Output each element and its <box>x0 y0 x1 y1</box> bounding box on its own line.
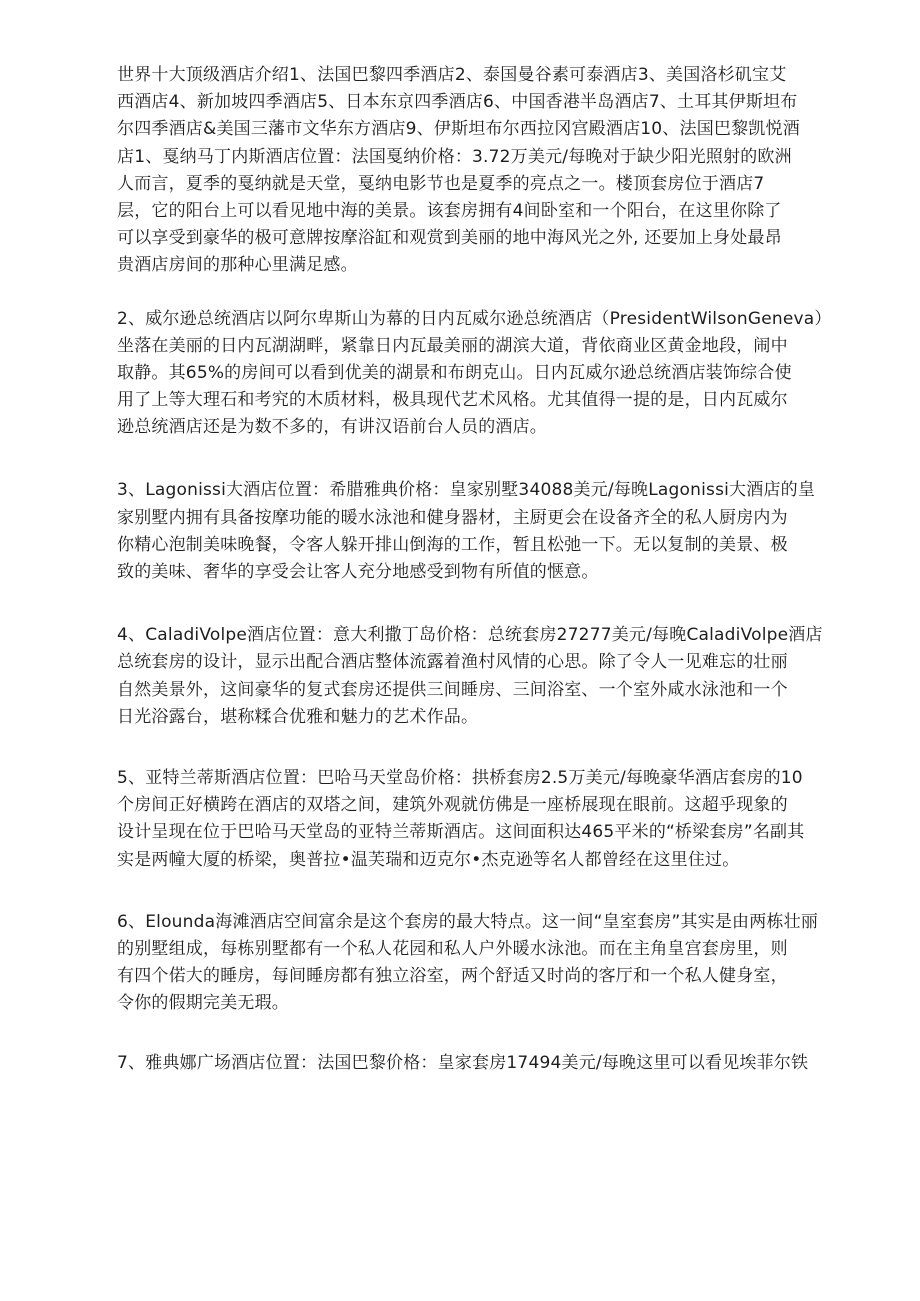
text-line: 3、Lagonissi大酒店位置：希腊雅典价格：皇家别墅34088美元/每晚La… <box>117 477 807 504</box>
text-line: 坐落在美丽的日内瓦湖湖畔，紧靠日内瓦最美丽的湖滨大道，背依商业区黄金地段，闹中 <box>117 333 807 360</box>
paragraph-spacer <box>117 1017 807 1050</box>
text-line: 层，它的阳台上可以看见地中海的美景。该套房拥有4间卧室和一个阳台，在这里你除了 <box>117 198 807 225</box>
text-line: 个房间正好横跨在酒店的双塔之间，建筑外观就仿佛是一座桥展现在眼前。这超乎现象的 <box>117 792 807 819</box>
text-line: 可以享受到豪华的极可意牌按摩浴缸和观赏到美丽的地中海风光之外, 还要加上身处最昂 <box>117 225 807 252</box>
text-line: 逊总统酒店还是为数不多的，有讲汉语前台人员的酒店。 <box>117 414 807 441</box>
text-line: 贵酒店房间的那种心里满足感。 <box>117 252 807 279</box>
text-line: 店1、戛纳马丁内斯酒店位置：法国戛纳价格：3.72万美元/每晚对于缺少阳光照射的… <box>117 144 807 171</box>
text-line: 用了上等大理石和考究的木质材料，极具现代艺术风格。尤其值得一提的是，日内瓦威尔 <box>117 387 807 414</box>
text-line: 5、亚特兰蒂斯酒店位置：巴哈马天堂岛价格：拱桥套房2.5万美元/每晚豪华酒店套房… <box>117 765 807 792</box>
paragraph-hotel-4: 4、CaladiVolpe酒店位置：意大利撒丁岛价格：总统套房27277美元/每… <box>117 622 807 731</box>
text-line: 西酒店4、新加坡四季酒店5、日本东京四季酒店6、中国香港半岛酒店7、土耳其伊斯坦… <box>117 89 807 116</box>
text-line: 人而言，夏季的戛纳就是天堂，戛纳电影节也是夏季的亮点之一。楼顶套房位于酒店7 <box>117 171 807 198</box>
text-line: 7、雅典娜广场酒店位置：法国巴黎价格：皇家套房17494美元/每晚这里可以看见埃… <box>117 1050 807 1077</box>
text-line: 日光浴露台，堪称糅合优雅和魅力的艺术作品。 <box>117 704 807 731</box>
text-line: 总统套房的设计，显示出配合酒店整体流露着渔村风情的心思。除了令人一见难忘的壮丽 <box>117 649 807 676</box>
paragraph-hotel-3: 3、Lagonissi大酒店位置：希腊雅典价格：皇家别墅34088美元/每晚La… <box>117 477 807 586</box>
text-line: 世界十大顶级酒店介绍1、法国巴黎四季酒店2、泰国曼谷素可泰酒店3、美国洛杉矶宝艾 <box>117 62 807 89</box>
text-line: 尔四季酒店&美国三藩市文华东方酒店9、伊斯坦布尔西拉冈宫殿酒店10、法国巴黎凯悦… <box>117 116 807 143</box>
paragraph-spacer <box>117 874 807 909</box>
text-line: 你精心泡制美味晚餐，令客人躲开排山倒海的工作，暂且松弛一下。无以复制的美景、极 <box>117 532 807 559</box>
text-line: 6、Elounda海滩酒店空间富余是这个套房的最大特点。这一间“皇室套房”其实是… <box>117 909 807 936</box>
text-line: 家别墅内拥有具备按摩功能的暖水泳池和健身器材，主厨更会在设备齐全的私人厨房内为 <box>117 505 807 532</box>
text-line: 令你的假期完美无瑕。 <box>117 990 807 1017</box>
paragraph-hotel-7: 7、雅典娜广场酒店位置：法国巴黎价格：皇家套房17494美元/每晚这里可以看见埃… <box>117 1050 807 1077</box>
text-line: 2、威尔逊总统酒店以阿尔卑斯山为幕的日内瓦威尔逊总统酒店（PresidentWi… <box>117 306 807 333</box>
text-line: 实是两幢大厦的桥梁，奥普拉•温芙瑞和迈克尔•杰克逊等名人都曾经在这里住过。 <box>117 847 807 874</box>
paragraph-hotel-2: 2、威尔逊总统酒店以阿尔卑斯山为幕的日内瓦威尔逊总统酒店（PresidentWi… <box>117 306 807 442</box>
text-line: 的别墅组成，每栋别墅都有一个私人花园和私人户外暖水泳池。而在主角皇宫套房里，则 <box>117 936 807 963</box>
paragraph-intro-hotel-1: 世界十大顶级酒店介绍1、法国巴黎四季酒店2、泰国曼谷素可泰酒店3、美国洛杉矶宝艾… <box>117 62 807 280</box>
paragraph-spacer <box>117 441 807 477</box>
text-line: 有四个偌大的睡房，每间睡房都有独立浴室，两个舒适又时尚的客厅和一个私人健身室， <box>117 963 807 990</box>
text-line: 致的美味、奢华的享受会让客人充分地感受到物有所值的惬意。 <box>117 559 807 586</box>
paragraph-hotel-6: 6、Elounda海滩酒店空间富余是这个套房的最大特点。这一间“皇室套房”其实是… <box>117 909 807 1018</box>
text-line: 取静。其65%的房间可以看到优美的湖景和布朗克山。日内瓦威尔逊总统酒店装饰综合使 <box>117 360 807 387</box>
document-page: 世界十大顶级酒店介绍1、法国巴黎四季酒店2、泰国曼谷素可泰酒店3、美国洛杉矶宝艾… <box>117 62 807 1078</box>
paragraph-hotel-5: 5、亚特兰蒂斯酒店位置：巴哈马天堂岛价格：拱桥套房2.5万美元/每晚豪华酒店套房… <box>117 765 807 874</box>
text-line: 4、CaladiVolpe酒店位置：意大利撒丁岛价格：总统套房27277美元/每… <box>117 622 807 649</box>
text-line: 设计呈现在位于巴哈马天堂岛的亚特兰蒂斯酒店。这间面积达465平米的“桥梁套房”名… <box>117 819 807 846</box>
paragraph-spacer <box>117 586 807 622</box>
paragraph-spacer <box>117 280 807 306</box>
text-line: 自然美景外，这间豪华的复式套房还提供三间睡房、三间浴室、一个室外咸水泳池和一个 <box>117 677 807 704</box>
paragraph-spacer <box>117 731 807 765</box>
